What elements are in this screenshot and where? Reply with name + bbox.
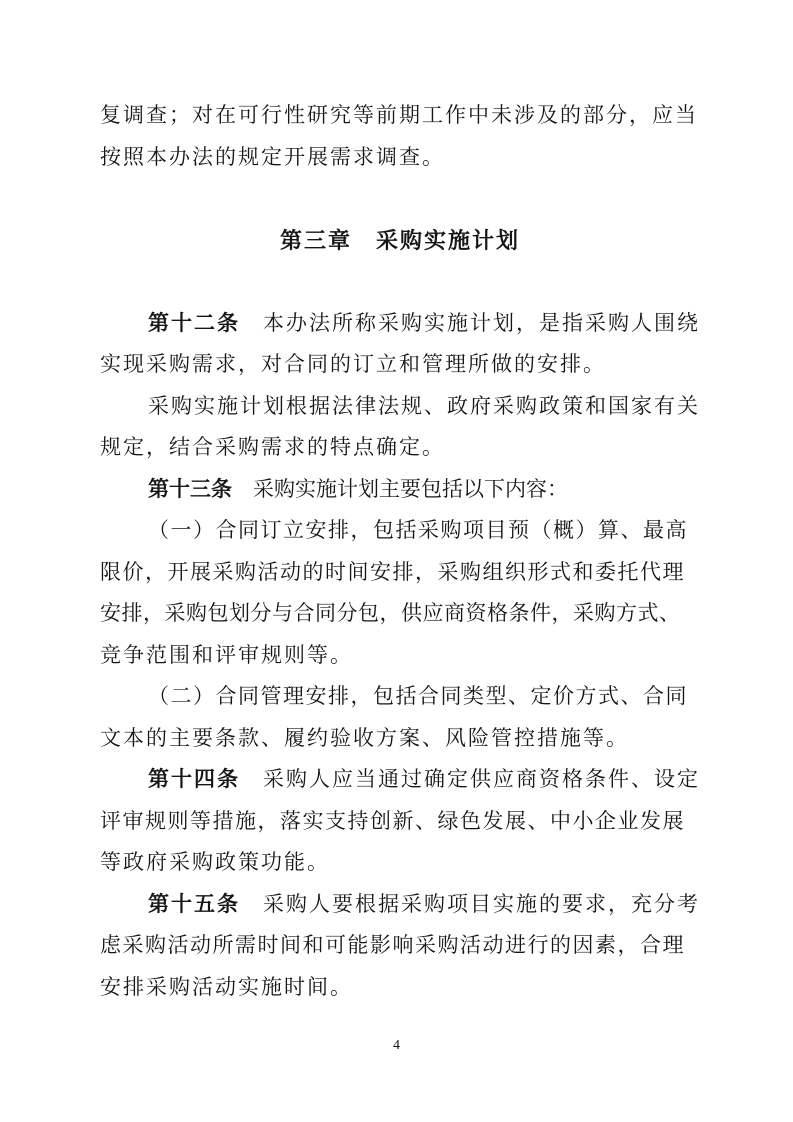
article-number: 第十五条 [148,892,240,916]
document-body: 复调查；对在可行性研究等前期工作中未涉及的部分，应当按照本办法的规定开展需求调查… [100,95,700,1008]
blank-line [100,178,700,220]
text-line: 规定，结合采购需求的特点确定。 [100,427,700,469]
article-number: 第十二条 [148,311,240,335]
document-page: 复调查；对在可行性研究等前期工作中未涉及的部分，应当按照本办法的规定开展需求调查… [0,0,793,1122]
text-segment: 本办法所称采购实施计划，是指采购人围绕 [240,311,700,335]
text-segment: 规定，结合采购需求的特点确定。 [100,435,445,459]
text-segment: 虑采购活动所需时间和可能影响采购活动进行的因素，合理 [100,933,685,957]
chapter-heading: 第三章 采购实施计划 [100,220,700,262]
article-number: 第三章 采购实施计划 [280,228,520,253]
text-segment: 采购实施计划主要包括以下内容： [232,477,568,501]
text-line: （二）合同管理安排，包括合同类型、定价方式、合同 [100,676,700,718]
text-line: 第十三条 采购实施计划主要包括以下内容： [100,469,700,511]
text-line: 评审规则等措施，落实支持创新、绿色发展、中小企业发展 [100,801,700,843]
text-line: 等政府采购政策功能。 [100,842,700,884]
text-segment: 安排，采购包划分与合同分包，供应商资格条件，采购方式、 [100,601,681,625]
text-line: 限价，开展采购活动的时间安排，采购组织形式和委托代理 [100,552,700,594]
text-line: 安排采购活动实施时间。 [100,967,700,1009]
text-line: 实现采购需求，对合同的订立和管理所做的安排。 [100,344,700,386]
page-footer: 4 [0,1036,793,1056]
text-segment: 等政府采购政策功能。 [100,850,330,874]
blank-line [100,261,700,303]
text-segment: （二）合同管理安排，包括合同类型、定价方式、合同 [148,684,688,708]
page-number: 4 [393,1038,400,1053]
text-line: （一）合同订立安排，包括采购项目预（概）算、最高 [100,510,700,552]
text-segment: 文本的主要条款、履约验收方案、风险管控措施等。 [100,726,629,750]
article-number: 第十三条 [148,477,232,501]
text-line: 复调查；对在可行性研究等前期工作中未涉及的部分，应当 [100,95,700,137]
text-segment: 复调查；对在可行性研究等前期工作中未涉及的部分，应当 [100,103,698,127]
text-line: 第十五条 采购人要根据采购项目实施的要求，充分考 [100,884,700,926]
text-segment: 实现采购需求，对合同的订立和管理所做的安排。 [100,352,606,376]
article-number: 第十四条 [148,767,240,791]
text-line: 文本的主要条款、履约验收方案、风险管控措施等。 [100,718,700,760]
text-line: 第十四条 采购人应当通过确定供应商资格条件、设定 [100,759,700,801]
text-segment: 采购实施计划根据法律法规、政府采购政策和国家有关 [148,394,700,418]
text-segment: 采购人要根据采购项目实施的要求，充分考 [240,892,700,916]
text-segment: 采购人应当通过确定供应商资格条件、设定 [240,767,700,791]
text-line: 第十二条 本办法所称采购实施计划，是指采购人围绕 [100,303,700,345]
text-segment: 限价，开展采购活动的时间安排，采购组织形式和委托代理 [100,560,685,584]
text-segment: 按照本办法的规定开展需求调查。 [100,145,445,169]
text-line: 安排，采购包划分与合同分包，供应商资格条件，采购方式、 [100,593,700,635]
text-line: 按照本办法的规定开展需求调查。 [100,137,700,179]
text-segment: 评审规则等措施，落实支持创新、绿色发展、中小企业发展 [100,809,685,833]
text-segment: （一）合同订立安排，包括采购项目预（概）算、最高 [148,518,688,542]
text-line: 采购实施计划根据法律法规、政府采购政策和国家有关 [100,386,700,428]
text-segment: 安排采购活动实施时间。 [100,975,353,999]
text-line: 虑采购活动所需时间和可能影响采购活动进行的因素，合理 [100,925,700,967]
text-segment: 竞争范围和评审规则等。 [100,643,353,667]
text-line: 竞争范围和评审规则等。 [100,635,700,677]
